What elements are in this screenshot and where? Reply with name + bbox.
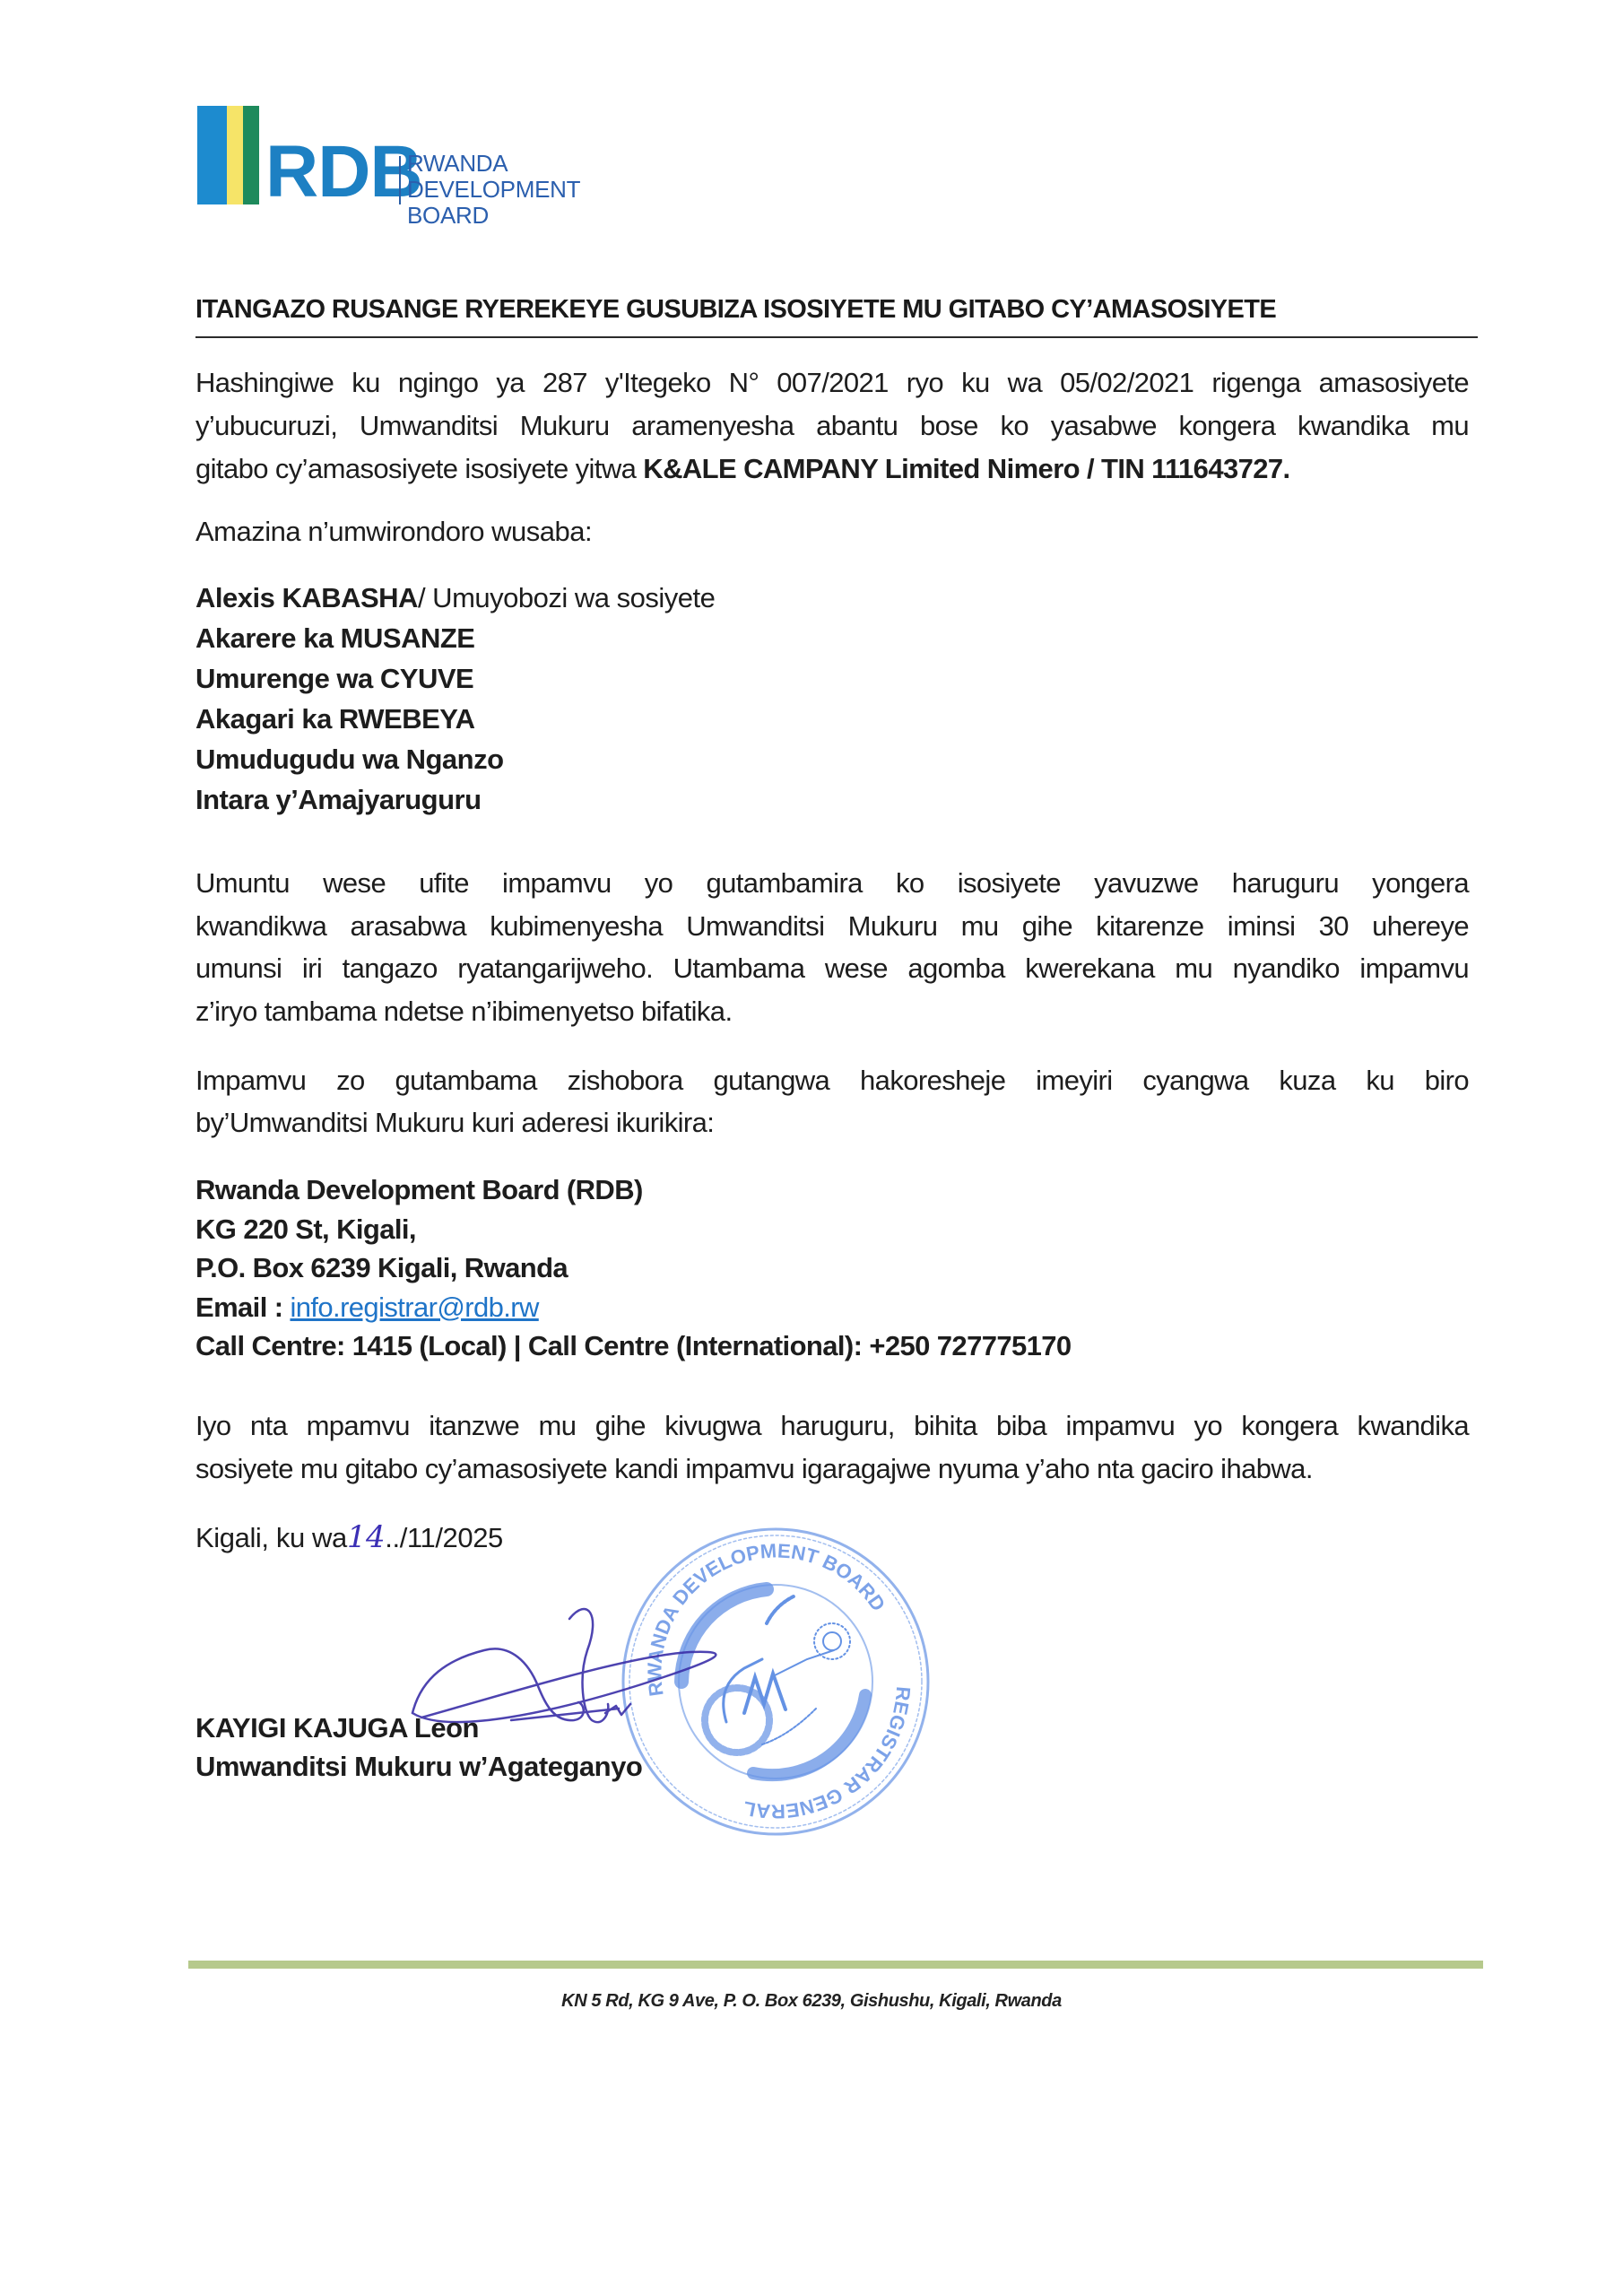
intro-line-3-text: gitabo cy’amasosiyete isosiyete yitwa [195,453,643,484]
logo-yellow-bar [227,106,243,204]
address-street: KG 220 St, Kigali, [195,1210,1072,1249]
objection-paragraph: Umuntu wese ufite impamvu yo gutambamira… [195,862,1469,1032]
email-link[interactable]: info.registrar@rdb.rw [290,1291,538,1323]
submission-paragraph: Impamvu zo gutambama zishobora gutangwa … [195,1059,1469,1144]
email-label: Email : [195,1291,290,1323]
rdb-logo: RDB RWANDA DEVELOPMENT BOARD [197,106,664,206]
address-org: Rwanda Development Board (RDB) [195,1170,1072,1210]
logo-name: RWANDA DEVELOPMENT BOARD [407,151,664,229]
logo-green-bar [243,106,259,204]
applicant-block: Alexis KABASHA/ Umuyobozi wa sosiyete Ak… [195,578,715,820]
address-email-line: Email : info.registrar@rdb.rw [195,1288,1072,1327]
applicant-name-line: Alexis KABASHA/ Umuyobozi wa sosiyete [195,578,715,618]
consequence-line-1: Iyo nta mpamvu itanzwe mu gihe kivugwa h… [195,1405,1469,1448]
company-name-tin: K&ALE CAMPANY Limited Nimero / TIN 11164… [643,453,1289,484]
applicant-name: Alexis KABASHA [195,582,418,613]
date-prefix: Kigali, ku wa [195,1522,347,1553]
applicant-intro: Amazina n’umwirondoro wusaba: [195,511,592,552]
consequence-line-2: sosiyete mu gitabo cy’amasosiyete kandi … [195,1448,1469,1491]
logo-name-line1: RWANDA [407,151,664,177]
intro-line-3: gitabo cy’amasosiyete isosiyete yitwa K&… [195,448,1469,491]
notice-title: ITANGAZO RUSANGE RYEREKEYE GUSUBIZA ISOS… [195,294,1478,325]
logo-divider [399,156,401,204]
applicant-cell: Akagari ka RWEBEYA [195,699,715,739]
objection-line-2: kwandikwa arasabwa kubimenyesha Umwandit… [195,905,1469,948]
logo-name-line2: DEVELOPMENT BOARD [407,177,664,229]
footer-address: KN 5 Rd, KG 9 Ave, P. O. Box 6239, Gishu… [0,1989,1623,2013]
intro-line-2: y’ubucuruzi, Umwanditsi Mukuru aramenyes… [195,404,1469,448]
rdb-address-block: Rwanda Development Board (RDB) KG 220 St… [195,1170,1072,1366]
applicant-district: Akarere ka MUSANZE [195,618,715,658]
objection-line-4: z’iryo tambama ndetse n’ibimenyetso bifa… [195,990,1469,1033]
objection-line-1: Umuntu wese ufite impamvu yo gutambamira… [195,862,1469,905]
address-call-centre: Call Centre: 1415 (Local) | Call Centre … [195,1326,1072,1366]
consequence-paragraph: Iyo nta mpamvu itanzwe mu gihe kivugwa h… [195,1405,1469,1491]
signer-name: KAYIGI KAJUGA Leon [195,1709,642,1747]
footer-rule [188,1961,1483,1969]
applicant-sector: Umurenge wa CYUVE [195,658,715,699]
objection-line-3: umunsi iri tangazo ryatangarijweho. Utam… [195,947,1469,990]
applicant-role: / Umuyobozi wa sosiyete [418,582,715,613]
intro-line-1: Hashingiwe ku ngingo ya 287 y'Itegeko N°… [195,361,1469,404]
signer-title: Umwanditsi Mukuru w’Agateganyo [195,1747,642,1786]
submission-line-2: by’Umwanditsi Mukuru kuri aderesi ikurik… [195,1101,1469,1144]
address-po-box: P.O. Box 6239 Kigali, Rwanda [195,1248,1072,1288]
intro-paragraph: Hashingiwe ku ngingo ya 287 y'Itegeko N°… [195,361,1469,491]
handwritten-day: 14 [347,1519,385,1555]
submission-line-1: Impamvu zo gutambama zishobora gutangwa … [195,1059,1469,1101]
date-line: Kigali, ku wa14../11/2025 [195,1519,503,1556]
date-suffix: ../11/2025 [385,1522,503,1553]
signer-block: KAYIGI KAJUGA Leon Umwanditsi Mukuru w’A… [195,1709,642,1786]
applicant-village: Umudugudu wa Nganzo [195,739,715,779]
applicant-province: Intara y’Amajyaruguru [195,779,715,820]
logo-blue-bar [197,106,227,204]
title-underline [195,336,1478,338]
